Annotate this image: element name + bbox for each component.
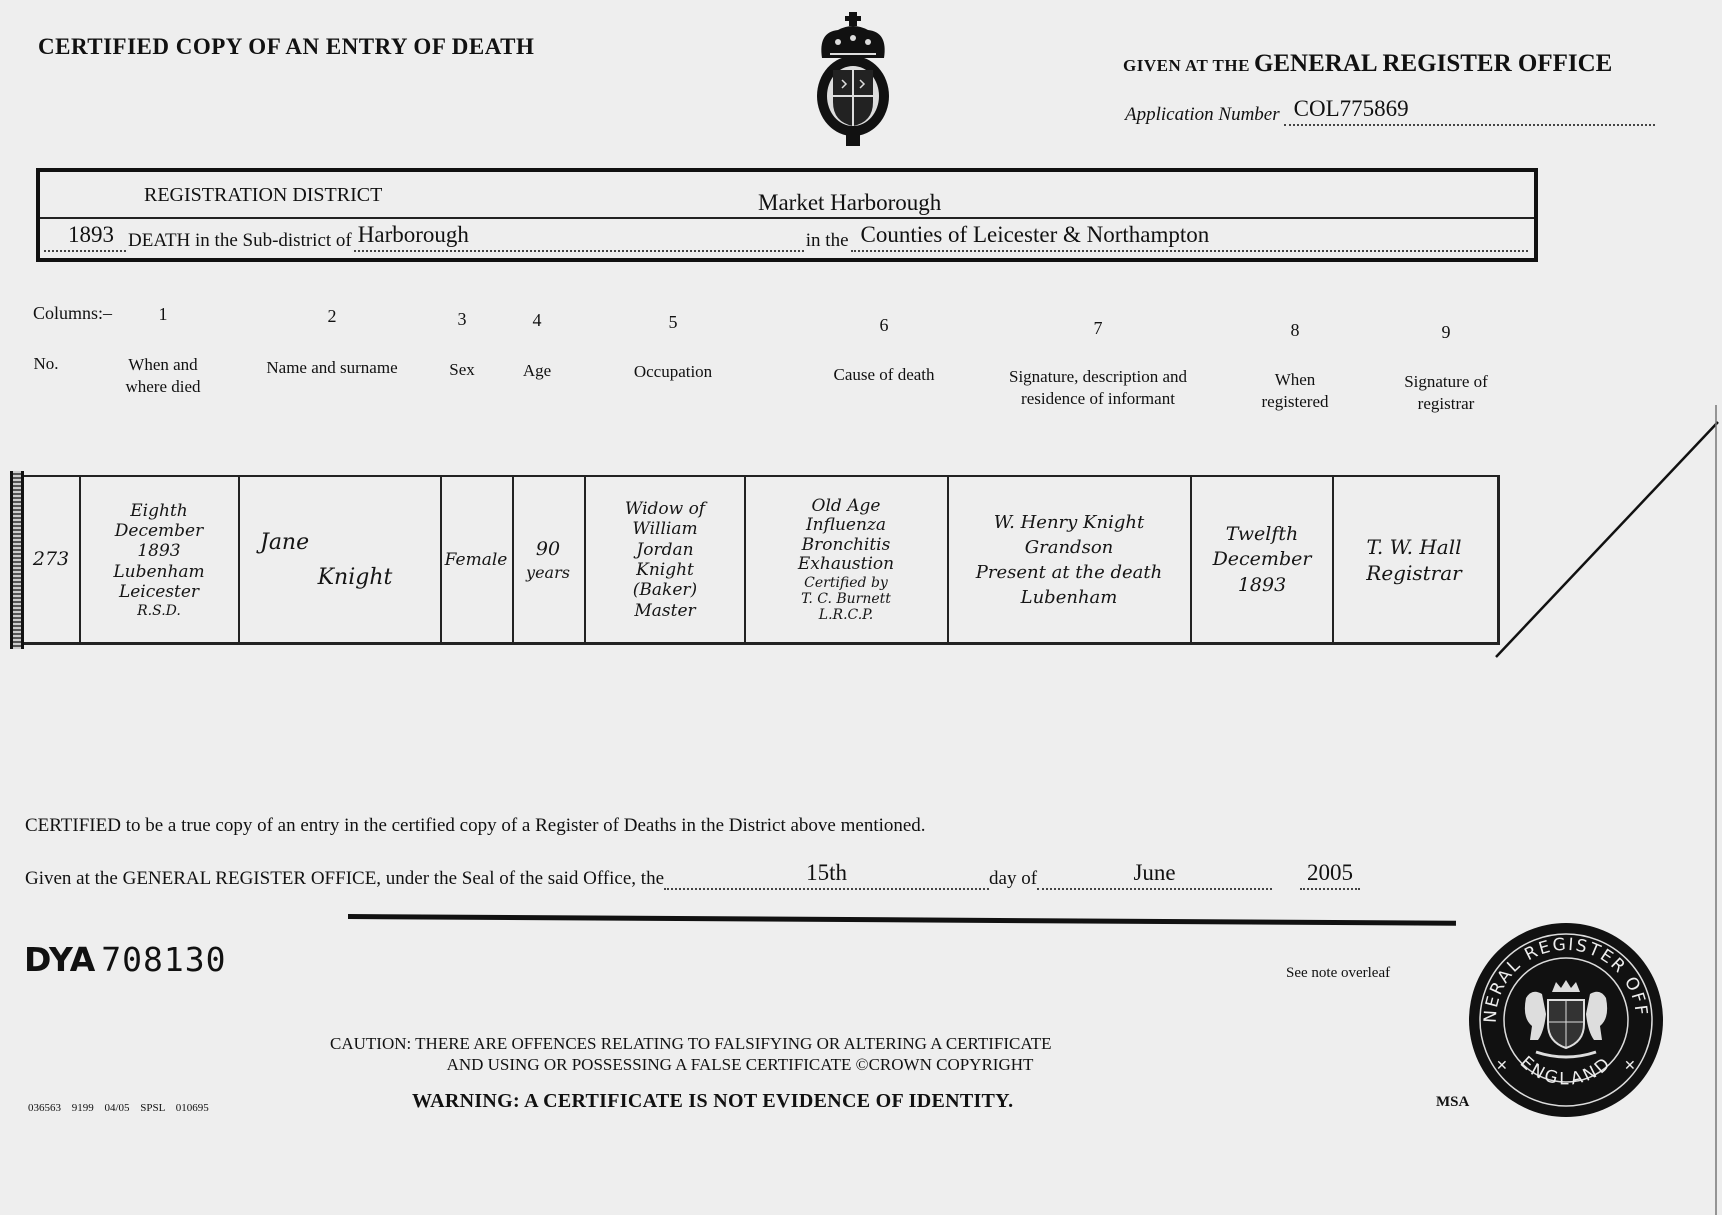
header-cause-of-death: Cause of death: [833, 364, 934, 386]
header-informant: Signature, description andresidence of i…: [1009, 366, 1187, 410]
entry-sex: Female: [440, 479, 512, 641]
death-year: 1893: [68, 222, 114, 248]
royal-coat-of-arms-icon: [808, 10, 898, 150]
entry-informant: W. Henry KnightGrandsonPresent at the de…: [949, 479, 1189, 641]
day-of-label: day of: [989, 868, 1037, 890]
column-number: 4: [533, 310, 542, 331]
header-occupation: Occupation: [634, 361, 712, 383]
entry-number: 273: [24, 479, 78, 641]
form-code: 036563 9199 04/05 SPSL 010695: [28, 1102, 209, 1114]
county-value: Counties of Leicester & Northampton: [861, 222, 1210, 248]
svg-text:✕: ✕: [1496, 1058, 1508, 1074]
office-name: GENERAL REGISTER OFFICE: [1254, 50, 1612, 77]
given-prefix: Given at the GENERAL REGISTER OFFICE, un…: [25, 868, 664, 890]
header-registrar: Signature ofregistrar: [1404, 371, 1488, 415]
application-number-value: COL775869: [1294, 96, 1409, 122]
svg-text:✕: ✕: [1624, 1058, 1636, 1074]
caution-notice: CAUTION: THERE ARE OFFENCES RELATING TO …: [330, 1033, 1150, 1076]
column-number: 6: [880, 315, 889, 336]
in-the-label: in the: [804, 230, 851, 252]
entry-name: JaneKnight: [242, 479, 438, 641]
given-day: 15th: [806, 860, 847, 886]
msa-mark: MSA: [1436, 1094, 1469, 1111]
given-date-line: Given at the GENERAL REGISTER OFFICE, un…: [25, 860, 1435, 890]
general-register-office-seal-icon: GENERAL REGISTER OFFICE ENGLAND ✕ ✕: [1466, 920, 1666, 1120]
header-name: Name and surname: [266, 357, 397, 379]
entry-registrar: T. W. HallRegistrar: [1334, 479, 1494, 641]
entry-age: 90years: [512, 479, 584, 641]
see-note-overleaf: See note overleaf: [1286, 965, 1390, 982]
registration-district-value: Market Harborough: [758, 190, 941, 216]
certification-statement: CERTIFIED to be a true copy of an entry …: [25, 815, 926, 837]
entry-left-border: [10, 471, 24, 649]
column-number: 5: [669, 312, 678, 333]
column-number: 9: [1442, 322, 1451, 343]
entry-cause-of-death: Old AgeInfluenzaBronchitisExhaustionCert…: [746, 479, 946, 641]
column-number: 7: [1094, 318, 1103, 339]
subdistrict-label: DEATH in the Sub-district of: [126, 230, 354, 252]
entry-occupation: Widow ofWilliamJordanKnight(Baker)Master: [586, 479, 744, 641]
identity-warning: WARNING: A CERTIFICATE IS NOT EVIDENCE O…: [412, 1090, 1013, 1113]
columns-prefix: Columns:–: [33, 303, 112, 324]
box-divider: [40, 217, 1534, 219]
column-number: 3: [458, 309, 467, 330]
given-month: June: [1133, 860, 1175, 886]
header-when-registered: Whenregistered: [1261, 369, 1328, 413]
given-at-label: GIVEN AT THE: [1123, 56, 1250, 75]
issuing-office-heading: GIVEN AT THE GENERAL REGISTER OFFICE: [1123, 50, 1612, 78]
certificate-serial: DYA708130: [24, 940, 227, 979]
signature-rule: [348, 914, 1456, 926]
subdistrict-row: 1893 DEATH in the Sub-district of Harbor…: [44, 224, 1528, 252]
header-age: Age: [523, 360, 551, 382]
application-number-label: Application Number: [1125, 104, 1280, 126]
entry-when-where-died: EighthDecember1893LubenhamLeicesterR.S.D…: [80, 479, 238, 641]
certificate-title: CERTIFIED COPY OF AN ENTRY OF DEATH: [38, 34, 534, 60]
registration-district-label: REGISTRATION DISTRICT: [144, 184, 382, 207]
column-number: 1: [159, 304, 168, 325]
column-number: 8: [1291, 320, 1300, 341]
header-no: No.: [33, 353, 58, 375]
column-number: 2: [328, 306, 337, 327]
header-when-where: When andwhere died: [125, 354, 200, 398]
given-year: 2005: [1307, 860, 1353, 886]
registration-district-box: REGISTRATION DISTRICT Market Harborough …: [36, 168, 1538, 262]
subdistrict-value: Harborough: [358, 222, 469, 248]
death-entry-row: 273 EighthDecember1893LubenhamLeicesterR…: [10, 475, 1500, 645]
entry-when-registered: TwelfthDecember1893: [1192, 479, 1332, 641]
header-sex: Sex: [449, 359, 475, 381]
application-number-field: Application Number COL775869: [1125, 104, 1655, 126]
